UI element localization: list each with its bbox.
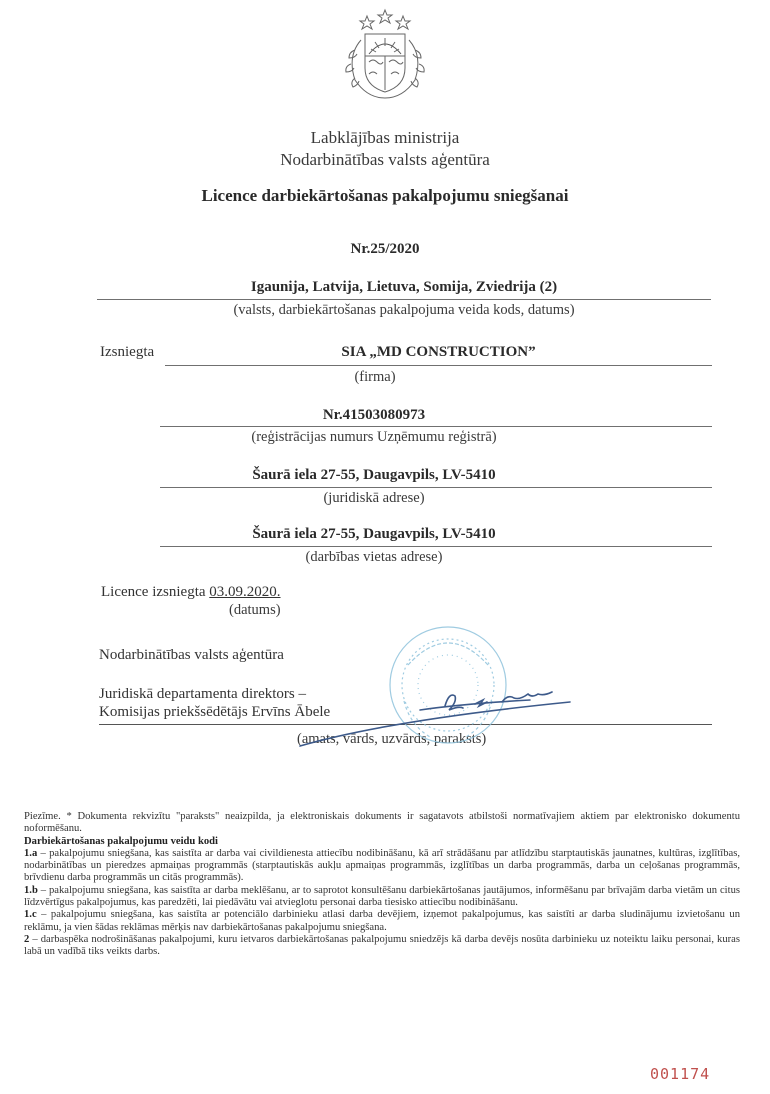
handwritten-signature-icon	[240, 680, 580, 750]
legal-address-caption: (juridiskā adrese)	[98, 490, 650, 507]
footnotes: Piezīme. * Dokumenta rekvizītu "paraksts…	[24, 811, 740, 959]
registration-caption: (reģistrācijas numurs Uzņēmumu reģistrā)	[98, 429, 650, 446]
code-item: 1.b – pakalpojumu sniegšana, kas saistīt…	[24, 885, 740, 910]
code-item: 2 – darbaspēka nodrošināšanas pakalpojum…	[24, 934, 740, 959]
registration-number: Nr.41503080973	[98, 407, 650, 424]
legal-address-underline	[160, 487, 712, 488]
ministry-name: Labklājības ministrija	[0, 128, 770, 148]
countries-underline	[97, 299, 711, 300]
license-number: Nr.25/2020	[0, 241, 770, 258]
legal-address: Šaurā iela 27-55, Daugavpils, LV-5410	[98, 467, 650, 484]
company-caption: (firma)	[165, 369, 585, 386]
codes-heading: Darbiekārtošanas pakalpojumu veidu kodi	[24, 836, 218, 847]
issued-to-label: Izsniegta	[100, 344, 154, 361]
issue-date-caption: (datums)	[229, 602, 281, 619]
countries-value: Igaunija, Latvija, Lietuva, Somija, Zvie…	[97, 279, 711, 296]
company-underline	[165, 365, 712, 366]
activity-address: Šaurā iela 27-55, Daugavpils, LV-5410	[98, 526, 650, 543]
issue-date-label: Licence izsniegta	[101, 584, 206, 600]
code-item: 1.a – pakalpojumu sniegšana, kas saistīt…	[24, 848, 740, 885]
latvia-coat-of-arms-icon	[333, 6, 437, 104]
signatory-agency: Nodarbinātības valsts aģentūra	[99, 647, 284, 664]
activity-address-caption: (darbības vietas adrese)	[98, 549, 650, 566]
remark-note: Piezīme. * Dokumenta rekvizītu "paraksts…	[24, 811, 740, 836]
serial-number: 001174	[650, 1065, 710, 1083]
agency-name: Nodarbinātības valsts aģentūra	[0, 150, 770, 170]
code-item: 1.c – pakalpojumu sniegšana, kas saistīt…	[24, 909, 740, 934]
registration-underline	[160, 426, 712, 427]
countries-caption: (valsts, darbiekārtošanas pakalpojuma ve…	[97, 302, 711, 319]
document-title: Licence darbiekārtošanas pakalpojumu sni…	[0, 186, 770, 206]
issue-date: 03.09.2020.	[209, 584, 280, 600]
company-name: SIA „MD CONSTRUCTION”	[165, 344, 712, 361]
issue-date-row: Licence izsniegta 03.09.2020.	[101, 584, 281, 601]
activity-address-underline	[160, 546, 712, 547]
